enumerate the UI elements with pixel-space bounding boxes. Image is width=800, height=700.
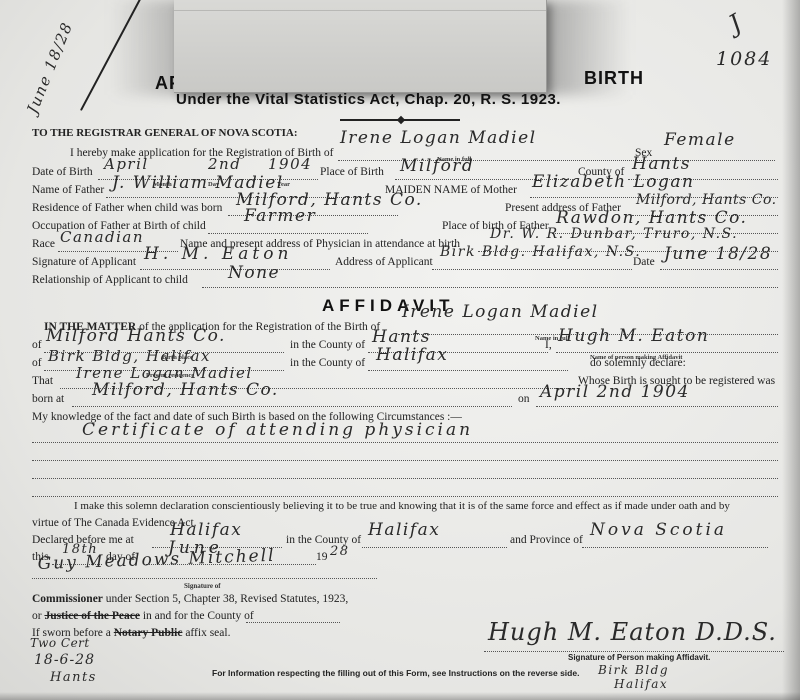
county-value: Hants <box>632 154 691 174</box>
addressee: TO THE REGISTRAR GENERAL OF NOVA SCOTIA: <box>32 127 298 139</box>
child-name-line <box>338 160 668 161</box>
province-value: Nova Scotia <box>590 520 727 540</box>
justice-county-line <box>246 622 340 623</box>
page-edge-shadow-bottom <box>0 692 800 700</box>
dob-label: Date of Birth <box>32 166 93 178</box>
residence-county-line <box>368 370 568 371</box>
race-label: Race <box>32 238 55 250</box>
knowledge-line-4 <box>32 496 778 497</box>
dob-month: April <box>104 155 149 173</box>
year-value: 28 <box>330 544 350 559</box>
born-at-value: Milford, Hants Co. <box>92 380 279 400</box>
county-label-1: in the County of <box>290 339 365 351</box>
justice-text: in and for the County of <box>143 610 254 622</box>
year-prefix: 19 <box>316 551 328 563</box>
birth-place-value: Milford Hants Co. <box>46 326 226 346</box>
relationship-value: None <box>228 263 280 283</box>
sex-value: Female <box>664 130 736 150</box>
i-label: I, <box>545 339 552 351</box>
date-value: June 18/28 <box>664 244 772 264</box>
form-subtitle: Under the Vital Statistics Act, Chap. 20… <box>176 91 561 108</box>
knowledge-line-3 <box>32 478 778 479</box>
child-name-value: Irene Logan Madiel <box>340 128 537 148</box>
applicant-signature-label: Signature of Applicant <box>32 256 136 268</box>
applicant-address-label: Address of Applicant <box>335 256 433 268</box>
notary-struck: Notary Public <box>114 627 183 639</box>
knowledge-value: Certificate of attending physician <box>82 420 473 440</box>
notary-suffix: affix seal. <box>185 627 230 639</box>
margin-note-line-3: Hants <box>50 670 97 685</box>
mother-maiden-value: Elizabeth Logan <box>532 172 695 192</box>
father-name-label: Name of Father <box>32 184 104 196</box>
deponent-signature: Hugh M. Eaton D.D.S. <box>488 618 777 646</box>
commissioner-label: Commissioner <box>32 593 103 605</box>
commissioner-text: under Section 5, Chapter 38, Revised Sta… <box>106 593 348 605</box>
date-label: Date <box>633 256 655 268</box>
applicant-signature-value: H. M. Eaton <box>144 244 292 264</box>
province-label: and Province of <box>510 534 583 546</box>
deponent-address-line-2: Halifax <box>614 677 668 691</box>
dob-year: 1904 <box>268 155 312 173</box>
margin-note-line-1: Two Cert <box>30 636 90 650</box>
father-birthplace-value: Rawdon, Hants Co. <box>556 208 747 228</box>
date-line <box>660 269 778 270</box>
declared-county-value: Halifax <box>368 520 440 540</box>
file-number: 1084 <box>716 48 772 70</box>
affidavit-child-name: Irene Logan Madiel <box>402 302 599 322</box>
on-line <box>536 406 778 407</box>
father-residence-label: Residence of Father when child was born <box>32 202 222 214</box>
born-at-label: born at <box>32 393 64 405</box>
solemnly-declare: do solemnly declare: <box>590 357 686 369</box>
declared-county-line <box>362 547 507 548</box>
dob-day: 2nd <box>208 155 241 173</box>
of-label-2: of <box>32 357 42 369</box>
title-fragment-right: BIRTH <box>584 68 644 89</box>
deponent-signature-line <box>484 651 784 652</box>
deponent-signature-caption: Signature of Person making Affidavit. <box>568 653 710 662</box>
folded-paper-flap <box>174 0 547 93</box>
declared-at-value: Halifax <box>170 520 242 540</box>
father-occupation-value: Farmer <box>244 206 316 226</box>
on-value: April 2nd 1904 <box>540 382 690 402</box>
page-edge-shadow <box>782 0 800 700</box>
margin-date-note: June 18/28 <box>23 19 76 116</box>
knowledge-line-2 <box>32 460 778 461</box>
deponent-name-line <box>556 352 778 353</box>
relationship-line <box>202 287 778 288</box>
flap-crease <box>174 10 546 11</box>
physician-value: Dr. W. R. Dunbar, Truro, N.S. <box>490 226 738 242</box>
province-line <box>582 547 768 548</box>
scanned-document: AP BIRTH Under the Vital Statistics Act,… <box>0 0 800 700</box>
declaration-line-1: I make this solemn declaration conscient… <box>74 500 730 512</box>
place-of-birth-label: Place of Birth <box>320 166 384 178</box>
relationship-label: Relationship of Applicant to child <box>32 274 188 286</box>
commissioner-signature-line <box>32 578 377 579</box>
footer-instructions: For Information respecting the filling o… <box>212 668 579 678</box>
residence-county-value: Halifax <box>376 345 448 365</box>
applicant-address-value: Birk Bldg. Halifax, N.S. <box>440 244 641 260</box>
county-label-2: in the County of <box>290 357 365 369</box>
signature-of-caption: Signature of <box>184 582 221 590</box>
applicant-address-line <box>432 269 632 270</box>
commissioner-line: Commissioner under Section 5, Chapter 38… <box>32 593 348 605</box>
justice-struck: Justice of the Peace <box>44 610 139 622</box>
on-label: on <box>518 393 530 405</box>
birth-county-value: Hants <box>372 327 431 347</box>
father-present-address-value: Milford, Hants Co. <box>636 192 777 208</box>
deponent-address-line-1: Birk Bldg <box>598 663 669 677</box>
deponent-name: Hugh M. Eaton <box>558 326 709 346</box>
of-label-1: of <box>32 339 42 351</box>
born-at-line <box>72 406 512 407</box>
ornamental-rule <box>340 119 460 121</box>
that-label: That <box>32 375 53 387</box>
race-value: Canadian <box>60 228 144 246</box>
corner-mark: J <box>724 8 748 38</box>
justice-prefix: or <box>32 610 42 622</box>
place-of-birth-value: Milford <box>400 156 474 176</box>
residence-value: Birk Bldg, Halifax <box>48 347 211 365</box>
justice-line: or Justice of the Peace in and for the C… <box>32 610 254 622</box>
margin-note-line-2: 18-6-28 <box>34 652 95 668</box>
knowledge-line-1 <box>32 442 778 443</box>
father-occupation-line <box>208 233 368 234</box>
